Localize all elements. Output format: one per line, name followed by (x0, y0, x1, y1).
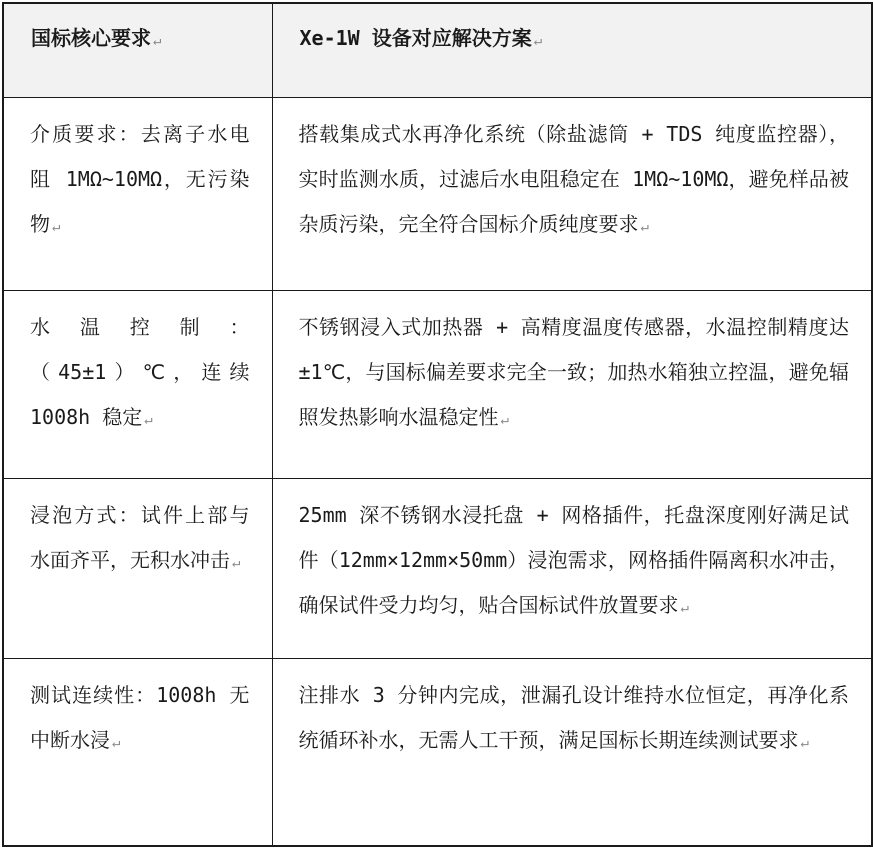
requirement-cell: 测试连续性：1008h 无中断水浸↵ (3, 658, 272, 846)
solution-text: 不锈钢浸入式加热器 + 高精度温度传感器，水温控制精度达 ±1℃，与国标偏差要求… (299, 315, 850, 429)
requirement-cell: 介质要求：去离子水电阻 1MΩ~10MΩ，无污染物↵ (3, 97, 272, 290)
solution-cell: 注排水 3 分钟内完成，泄漏孔设计维持水位恒定，再净化系统循环补水，无需人工干预… (272, 658, 872, 846)
solution-text: 注排水 3 分钟内完成，泄漏孔设计维持水位恒定，再净化系统循环补水，无需人工干预… (299, 683, 850, 752)
requirement-text: 测试连续性：1008h 无中断水浸 (30, 683, 250, 752)
solution-cell: 不锈钢浸入式加热器 + 高精度温度传感器，水温控制精度达 ±1℃，与国标偏差要求… (272, 290, 872, 478)
solution-text: 25mm 深不锈钢水浸托盘 + 网格插件，托盘深度刚好满足试件（12mm×12m… (299, 503, 850, 617)
paragraph-mark-icon: ↵ (52, 219, 60, 235)
spec-comparison-table: 国标核心要求↵ Xe-1W 设备对应解决方案↵ 介质要求：去离子水电阻 1MΩ~… (2, 2, 873, 847)
requirement-text: 水温控制：（45±1）℃，连续 1008h 稳定 (30, 315, 250, 429)
header-requirement-label: 国标核心要求 (31, 26, 151, 50)
paragraph-mark-icon: ↵ (641, 219, 649, 235)
paragraph-mark-icon: ↵ (153, 33, 161, 49)
solution-cell: 25mm 深不锈钢水浸托盘 + 网格插件，托盘深度刚好满足试件（12mm×12m… (272, 478, 872, 658)
table-row: 水温控制：（45±1）℃，连续 1008h 稳定↵ 不锈钢浸入式加热器 + 高精… (3, 290, 872, 478)
paragraph-mark-icon: ↵ (144, 412, 152, 428)
header-cell-requirement: 国标核心要求↵ (3, 3, 272, 97)
solution-text: 搭载集成式水再净化系统（除盐滤筒 + TDS 纯度监控器），实时监测水质，过滤后… (299, 122, 850, 236)
table-row: 介质要求：去离子水电阻 1MΩ~10MΩ，无污染物↵ 搭载集成式水再净化系统（除… (3, 97, 872, 290)
table-row: 测试连续性：1008h 无中断水浸↵ 注排水 3 分钟内完成，泄漏孔设计维持水位… (3, 658, 872, 846)
requirement-text: 介质要求：去离子水电阻 1MΩ~10MΩ，无污染物 (30, 122, 250, 236)
requirement-text: 浸泡方式：试件上部与水面齐平，无积水冲击 (30, 503, 250, 572)
solution-cell: 搭载集成式水再净化系统（除盐滤筒 + TDS 纯度监控器），实时监测水质，过滤后… (272, 97, 872, 290)
header-cell-solution: Xe-1W 设备对应解决方案↵ (272, 3, 872, 97)
paragraph-mark-icon: ↵ (112, 735, 120, 751)
table-row: 浸泡方式：试件上部与水面齐平，无积水冲击↵ 25mm 深不锈钢水浸托盘 + 网格… (3, 478, 872, 658)
paragraph-mark-icon: ↵ (534, 33, 542, 49)
paragraph-mark-icon: ↵ (232, 555, 240, 571)
paragraph-mark-icon: ↵ (501, 412, 509, 428)
requirement-cell: 水温控制：（45±1）℃，连续 1008h 稳定↵ (3, 290, 272, 478)
paragraph-mark-icon: ↵ (681, 600, 689, 616)
header-solution-label: Xe-1W 设备对应解决方案 (300, 26, 532, 50)
paragraph-mark-icon: ↵ (801, 735, 809, 751)
table-header-row: 国标核心要求↵ Xe-1W 设备对应解决方案↵ (3, 3, 872, 97)
requirement-cell: 浸泡方式：试件上部与水面齐平，无积水冲击↵ (3, 478, 272, 658)
